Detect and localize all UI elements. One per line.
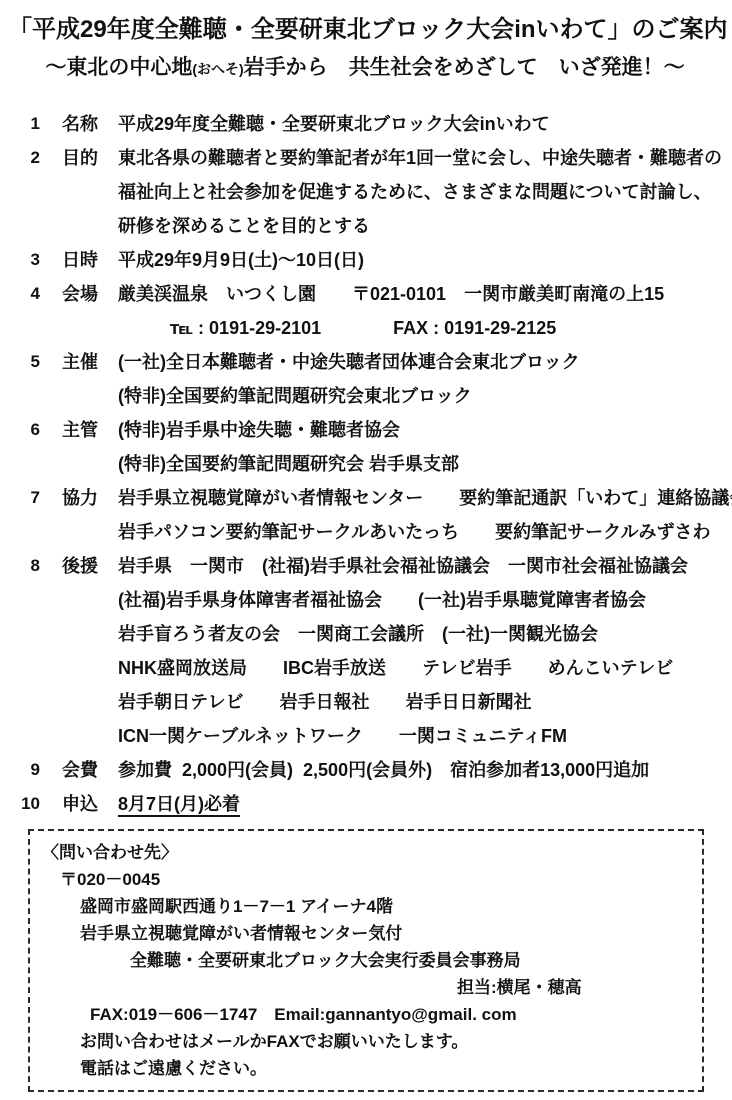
item-text-line: (特非)岩手県中途失聴・難聴者協会 bbox=[118, 413, 722, 447]
item-label: 名称 bbox=[62, 107, 106, 141]
item-number: 2 bbox=[8, 141, 40, 175]
contact-note-1: お問い合わせはメールかFAXでお願いいたします。 bbox=[80, 1028, 690, 1055]
contact-note-2: 電話はご遠慮ください。 bbox=[80, 1055, 690, 1082]
item-number: 4 bbox=[8, 277, 40, 311]
info-list: 1 名称 平成29年度全難聴・全要研東北ブロック大会inいわて 2 目的 東北各… bbox=[8, 107, 722, 821]
item-label: 主管 bbox=[62, 413, 106, 447]
item-venue: 4 会場 厳美渓温泉 いつくし園 〒021-0101 一関市厳美町南滝の上15 … bbox=[8, 277, 722, 345]
item-number: 9 bbox=[8, 753, 40, 787]
item-text-line: 平成29年9月9日(土)～10日(日) bbox=[118, 243, 722, 277]
item-content: 平成29年度全難聴・全要研東北ブロック大会inいわて bbox=[118, 107, 722, 141]
item-label: 申込 bbox=[62, 787, 106, 821]
contact-office-name: 全難聴・全要研東北ブロック大会実行委員会事務局 bbox=[130, 947, 690, 974]
item-text-line: 岩手県立視聴覚障がい者情報センター 要約筆記通訳「いわて」連絡協議会 bbox=[118, 481, 722, 515]
item-cooperation: 7 協力 岩手県立視聴覚障がい者情報センター 要約筆記通訳「いわて」連絡協議会 … bbox=[8, 481, 722, 549]
contact-staff-names: 担当:横尾・穂高 bbox=[457, 974, 690, 1001]
document-title: 「平成29年度全難聴・全要研東北ブロック大会inいわて」のご案内 bbox=[8, 12, 722, 48]
item-label: 日時 bbox=[62, 243, 106, 277]
contact-heading: 〈問い合わせ先〉 bbox=[42, 839, 690, 866]
item-text-line: 岩手盲ろう者友の会 一関商工会議所 (一社)一関観光協会 bbox=[118, 617, 722, 651]
document-subtitle: ～東北の中心地(おへそ)岩手から 共生社会をめざして いざ発進！～ bbox=[8, 52, 722, 85]
item-content: 岩手県立視聴覚障がい者情報センター 要約筆記通訳「いわて」連絡協議会 岩手パソコ… bbox=[118, 481, 722, 549]
item-text-line: NHK盛岡放送局 IBC岩手放送 テレビ岩手 めんこいテレビ bbox=[118, 651, 722, 685]
item-label: 主催 bbox=[62, 345, 106, 379]
application-deadline: 8月7日(月)必着 bbox=[118, 787, 722, 821]
item-content: 参加費 2,000円(会員) 2,500円(会員外) 宿泊参加者13,000円追… bbox=[118, 753, 722, 787]
item-content: 平成29年9月9日(土)～10日(日) bbox=[118, 243, 722, 277]
contact-postal-code: 〒020－0045 bbox=[60, 866, 690, 893]
subtitle-pre: ～東北の中心地 bbox=[45, 56, 192, 79]
item-label: 目的 bbox=[62, 141, 106, 175]
item-text-line: 研修を深めることを目的とする bbox=[118, 209, 722, 243]
item-text-line: (特非)全国要約筆記問題研究会 岩手県支部 bbox=[118, 447, 722, 481]
venue-tel-fax: ℡ : 0191-29-2101 FAX : 0191-29-2125 bbox=[170, 311, 722, 345]
item-content: (一社)全日本難聴者・中途失聴者団体連合会東北ブロック (特非)全国要約筆記問題… bbox=[118, 345, 722, 413]
contact-box: 〈問い合わせ先〉 〒020－0045 盛岡市盛岡駅西通り1－7－1 アイーナ4階… bbox=[28, 829, 704, 1092]
item-text-line: (社福)岩手県身体障害者福祉協会 (一社)岩手県聴覚障害者協会 bbox=[118, 583, 722, 617]
item-content: 岩手県 一関市 (社福)岩手県社会福祉協議会 一関市社会福祉協議会 (社福)岩手… bbox=[118, 549, 722, 753]
item-name: 1 名称 平成29年度全難聴・全要研東北ブロック大会inいわて bbox=[8, 107, 722, 141]
subtitle-post: 岩手から 共生社会をめざして いざ発進！～ bbox=[244, 56, 685, 79]
item-number: 1 bbox=[8, 107, 40, 141]
item-content: 東北各県の難聴者と要約筆記者が年1回一堂に会し、中途失聴者・難聴者の 福祉向上と… bbox=[118, 141, 722, 243]
item-number: 7 bbox=[8, 481, 40, 515]
item-label: 会場 bbox=[62, 277, 106, 311]
item-number: 8 bbox=[8, 549, 40, 583]
item-text-line: 福祉向上と社会参加を促進するために、さまざまな問題について討論し、 bbox=[118, 175, 722, 209]
item-text-line: 岩手朝日テレビ 岩手日報社 岩手日日新聞社 bbox=[118, 685, 722, 719]
item-organizer: 6 主管 (特非)岩手県中途失聴・難聴者協会 (特非)全国要約筆記問題研究会 岩… bbox=[8, 413, 722, 481]
item-application: 10 申込 8月7日(月)必着 bbox=[8, 787, 722, 821]
item-label: 後援 bbox=[62, 549, 106, 583]
subtitle-furigana: (おへそ) bbox=[192, 61, 243, 77]
item-text-line: 厳美渓温泉 いつくし園 〒021-0101 一関市厳美町南滝の上15 bbox=[118, 277, 722, 311]
item-label: 協力 bbox=[62, 481, 106, 515]
item-text-line: 岩手パソコン要約筆記サークルあいたっち 要約筆記サークルみずさわ bbox=[118, 515, 722, 549]
item-support: 8 後援 岩手県 一関市 (社福)岩手県社会福祉協議会 一関市社会福祉協議会 (… bbox=[8, 549, 722, 753]
item-sponsor: 5 主催 (一社)全日本難聴者・中途失聴者団体連合会東北ブロック (特非)全国要… bbox=[8, 345, 722, 413]
item-text-line: (特非)全国要約筆記問題研究会東北ブロック bbox=[118, 379, 722, 413]
item-text-line: 岩手県 一関市 (社福)岩手県社会福祉協議会 一関市社会福祉協議会 bbox=[118, 549, 722, 583]
item-number: 6 bbox=[8, 413, 40, 447]
item-number: 3 bbox=[8, 243, 40, 277]
item-text-line: 平成29年度全難聴・全要研東北ブロック大会inいわて bbox=[118, 107, 722, 141]
item-content: (特非)岩手県中途失聴・難聴者協会 (特非)全国要約筆記問題研究会 岩手県支部 bbox=[118, 413, 722, 481]
item-text-line: 参加費 2,000円(会員) 2,500円(会員外) 宿泊参加者13,000円追… bbox=[118, 753, 722, 787]
contact-address-line2: 岩手県立視聴覚障がい者情報センター気付 bbox=[80, 920, 690, 947]
item-datetime: 3 日時 平成29年9月9日(土)～10日(日) bbox=[8, 243, 722, 277]
item-number: 5 bbox=[8, 345, 40, 379]
item-fee: 9 会費 参加費 2,000円(会員) 2,500円(会員外) 宿泊参加者13,… bbox=[8, 753, 722, 787]
item-text-line: ICN一関ケーブルネットワーク 一関コミュニティFM bbox=[118, 719, 722, 753]
item-text-line: 東北各県の難聴者と要約筆記者が年1回一堂に会し、中途失聴者・難聴者の bbox=[118, 141, 722, 175]
contact-address-line1: 盛岡市盛岡駅西通り1－7－1 アイーナ4階 bbox=[80, 893, 690, 920]
item-content: 厳美渓温泉 いつくし園 〒021-0101 一関市厳美町南滝の上15 ℡ : 0… bbox=[118, 277, 722, 345]
item-content: 8月7日(月)必着 bbox=[118, 787, 722, 821]
item-number: 10 bbox=[8, 787, 40, 821]
item-purpose: 2 目的 東北各県の難聴者と要約筆記者が年1回一堂に会し、中途失聴者・難聴者の … bbox=[8, 141, 722, 243]
item-text-line: (一社)全日本難聴者・中途失聴者団体連合会東北ブロック bbox=[118, 345, 722, 379]
contact-fax-email: FAX:019－606－1747 Email:gannantyo@gmail. … bbox=[90, 1001, 690, 1028]
document-page: 「平成29年度全難聴・全要研東北ブロック大会inいわて」のご案内 ～東北の中心地… bbox=[0, 0, 732, 1100]
item-label: 会費 bbox=[62, 753, 106, 787]
